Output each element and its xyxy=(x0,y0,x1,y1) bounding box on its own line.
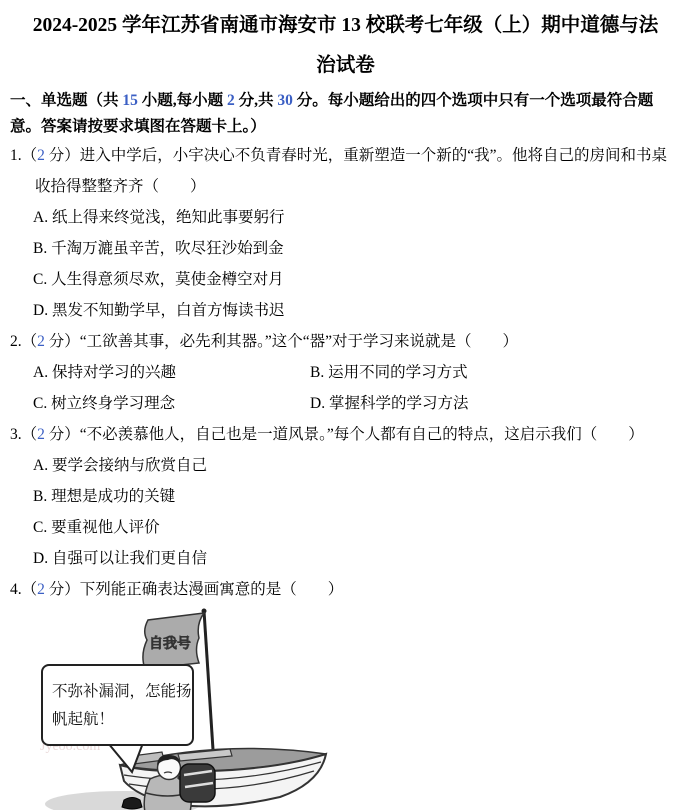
flag-pole xyxy=(204,611,214,765)
question-3-option-b: B. 理想是成功的关键 xyxy=(33,481,681,512)
question-1-option-c: C. 人生得意须尽欢，莫使金樽空对月 xyxy=(33,264,681,295)
question-3-stem: 3.（2 分）“不必羡慕他人，自己也是一道风景。”每个人都有自己的特点，这启示我… xyxy=(10,419,681,450)
speech-bubble-line-1: 不弥补漏洞，怎能扬 xyxy=(52,682,192,700)
question-2-options: A. 保持对学习的兴趣 B. 运用不同的学习方式 C. 树立终身学习理念 D. … xyxy=(10,357,681,419)
question-list: 1.（2 分）进入中学后，小宇决心不负青春时光，重新塑造一个新的“我”。他将自己… xyxy=(10,140,681,810)
question-3-options: A. 要学会接纳与欣赏自己 B. 理想是成功的关键 C. 要重视他人评价 D. … xyxy=(10,450,681,574)
question-2-option-a: A. 保持对学习的兴趣 xyxy=(33,357,310,388)
question-1-options: A. 纸上得来终觉浅，绝知此事要躬行 B. 千淘万漉虽辛苦，吹尽狂沙始到金 C.… xyxy=(10,202,681,326)
question-2-text: “工欲善其事，必先利其器。”这个“器”对于学习来说就是（ ） xyxy=(80,333,518,350)
question-4-stem: 4.（2 分）下列能正确表达漫画寓意的是（ ） xyxy=(10,574,681,605)
speech-bubble-box xyxy=(42,665,193,745)
question-1-option-d: D. 黑发不知勤学早，白首方悔读书迟 xyxy=(33,295,681,326)
question-3-text: “不必羡慕他人，自己也是一道风景。”每个人都有自己的特点，这启示我们（ ） xyxy=(80,426,644,443)
question-2-stem: 2.（2 分）“工欲善其事，必先利其器。”这个“器”对于学习来说就是（ ） xyxy=(10,326,681,357)
question-3-option-d: D. 自强可以让我们更自信 xyxy=(33,543,681,574)
sailor-shoe xyxy=(122,798,142,810)
question-2-option-d: D. 掌握科学的学习方法 xyxy=(310,388,468,419)
question-1-text: 进入中学后，小宇决心不负青春时光，重新塑造一个新的“我”。他将自己的房间和书桌收… xyxy=(35,147,667,195)
question-3-option-c: C. 要重视他人评价 xyxy=(33,512,681,543)
question-4: 4.（2 分）下列能正确表达漫画寓意的是（ ） xyxy=(10,574,681,605)
question-4-text: 下列能正确表达漫画寓意的是（ ） xyxy=(80,581,344,598)
question-1: 1.（2 分）进入中学后，小宇决心不负青春时光，重新塑造一个新的“我”。他将自己… xyxy=(10,140,681,326)
question-2-option-c: C. 树立终身学习理念 xyxy=(33,388,310,419)
question-3: 3.（2 分）“不必羡慕他人，自己也是一道风景。”每个人都有自己的特点，这启示我… xyxy=(10,419,681,574)
question-1-stem: 1.（2 分）进入中学后，小宇决心不负青春时光，重新塑造一个新的“我”。他将自己… xyxy=(10,140,681,202)
speech-bubble-line-2: 帆起航！ xyxy=(52,710,114,728)
question-3-number: 3.（2 分） xyxy=(10,426,80,443)
title-line-2: 治试卷 xyxy=(0,46,691,86)
question-4-number: 4.（2 分） xyxy=(10,581,80,598)
question-1-option-b: B. 千淘万漉虽辛苦，吹尽狂沙始到金 xyxy=(33,233,681,264)
question-3-option-a: A. 要学会接纳与欣赏自己 xyxy=(33,450,681,481)
question-1-option-a: A. 纸上得来终觉浅，绝知此事要躬行 xyxy=(33,202,681,233)
flag-label: 自我号 xyxy=(149,635,191,652)
comic-illustration: Jyeoo.com 自我号 xyxy=(28,607,681,810)
title-line-1: 2024-2025 学年江苏省南通市海安市 13 校联考七年级（上）期中道德与法 xyxy=(0,6,691,46)
page-title: 2024-2025 学年江苏省南通市海安市 13 校联考七年级（上）期中道德与法… xyxy=(0,0,691,86)
comic-canvas: Jyeoo.com 自我号 xyxy=(28,607,373,810)
question-1-number: 1.（2 分） xyxy=(10,147,80,164)
question-2-number: 2.（2 分） xyxy=(10,333,80,350)
question-2: 2.（2 分）“工欲善其事，必先利其器。”这个“器”对于学习来说就是（ ） A.… xyxy=(10,326,681,419)
section-header: 一、单选题（共 15 小题,每小题 2 分,共 30 分。每小题给出的四个选项中… xyxy=(10,88,681,140)
question-2-option-b: B. 运用不同的学习方式 xyxy=(310,357,468,388)
exam-paper: 2024-2025 学年江苏省南通市海安市 13 校联考七年级（上）期中道德与法… xyxy=(0,0,691,810)
speech-bubble-tail-mask xyxy=(110,738,141,744)
